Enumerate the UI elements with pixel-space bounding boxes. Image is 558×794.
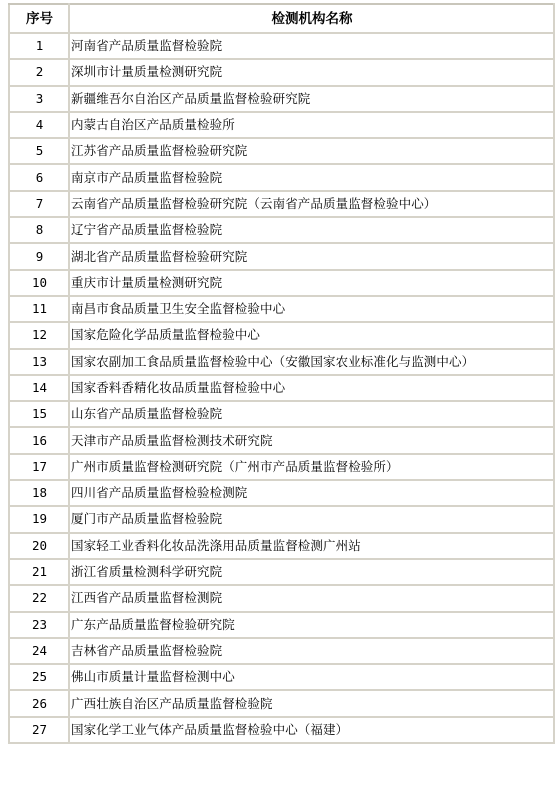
inspection-institutions-table: 序号 检测机构名称 1河南省产品质量监督检验院2深圳市计量质量检测研究院3新疆维… (8, 3, 555, 744)
table-row: 22江西省产品质量监督检测院 (9, 585, 554, 611)
table-row: 6南京市产品质量监督检验院 (9, 164, 554, 190)
table-row: 20国家轻工业香料化妆品洗涤用品质量监督检测广州站 (9, 533, 554, 559)
table-row: 16天津市产品质量监督检测技术研究院 (9, 427, 554, 453)
institution-name: 辽宁省产品质量监督检验院 (69, 217, 554, 243)
institution-name: 广东产品质量监督检验研究院 (69, 612, 554, 638)
row-index: 19 (9, 506, 69, 532)
table-row: 21浙江省质量检测科学研究院 (9, 559, 554, 585)
column-header-name: 检测机构名称 (69, 4, 554, 33)
institution-name: 江苏省产品质量监督检验研究院 (69, 138, 554, 164)
row-index: 21 (9, 559, 69, 585)
institution-name: 国家危险化学品质量监督检验中心 (69, 322, 554, 348)
row-index: 11 (9, 296, 69, 322)
row-index: 6 (9, 164, 69, 190)
table-row: 15山东省产品质量监督检验院 (9, 401, 554, 427)
institution-name: 佛山市质量计量监督检测中心 (69, 664, 554, 690)
institution-name: 国家化学工业气体产品质量监督检验中心（福建） (69, 717, 554, 743)
table-row: 14国家香料香精化妆品质量监督检验中心 (9, 375, 554, 401)
institution-name: 重庆市计量质量检测研究院 (69, 270, 554, 296)
institution-name: 厦门市产品质量监督检验院 (69, 506, 554, 532)
row-index: 23 (9, 612, 69, 638)
row-index: 27 (9, 717, 69, 743)
table-row: 27国家化学工业气体产品质量监督检验中心（福建） (9, 717, 554, 743)
row-index: 15 (9, 401, 69, 427)
row-index: 26 (9, 690, 69, 716)
row-index: 10 (9, 270, 69, 296)
institution-name: 山东省产品质量监督检验院 (69, 401, 554, 427)
institution-name: 云南省产品质量监督检验研究院（云南省产品质量监督检验中心） (69, 191, 554, 217)
row-index: 9 (9, 243, 69, 269)
row-index: 2 (9, 59, 69, 85)
table-row: 17广州市质量监督检测研究院（广州市产品质量监督检验所） (9, 454, 554, 480)
institution-name: 河南省产品质量监督检验院 (69, 33, 554, 59)
row-index: 14 (9, 375, 69, 401)
table-row: 12国家危险化学品质量监督检验中心 (9, 322, 554, 348)
table-row: 7云南省产品质量监督检验研究院（云南省产品质量监督检验中心） (9, 191, 554, 217)
institution-name: 国家农副加工食品质量监督检验中心（安徽国家农业标准化与监测中心） (69, 349, 554, 375)
institution-name: 深圳市计量质量检测研究院 (69, 59, 554, 85)
table-row: 10重庆市计量质量检测研究院 (9, 270, 554, 296)
institution-name: 江西省产品质量监督检测院 (69, 585, 554, 611)
row-index: 17 (9, 454, 69, 480)
institution-name: 新疆维吾尔自治区产品质量监督检验研究院 (69, 86, 554, 112)
column-header-index: 序号 (9, 4, 69, 33)
table-row: 13国家农副加工食品质量监督检验中心（安徽国家农业标准化与监测中心） (9, 349, 554, 375)
table-body: 1河南省产品质量监督检验院2深圳市计量质量检测研究院3新疆维吾尔自治区产品质量监… (9, 33, 554, 743)
table-row: 25佛山市质量计量监督检测中心 (9, 664, 554, 690)
table-row: 26广西壮族自治区产品质量监督检验院 (9, 690, 554, 716)
row-index: 24 (9, 638, 69, 664)
institution-name: 广州市质量监督检测研究院（广州市产品质量监督检验所） (69, 454, 554, 480)
table-row: 24吉林省产品质量监督检验院 (9, 638, 554, 664)
row-index: 16 (9, 427, 69, 453)
institution-name: 南昌市食品质量卫生安全监督检验中心 (69, 296, 554, 322)
row-index: 5 (9, 138, 69, 164)
institution-name: 国家轻工业香料化妆品洗涤用品质量监督检测广州站 (69, 533, 554, 559)
institution-name: 四川省产品质量监督检验检测院 (69, 480, 554, 506)
row-index: 4 (9, 112, 69, 138)
row-index: 1 (9, 33, 69, 59)
institution-name: 吉林省产品质量监督检验院 (69, 638, 554, 664)
row-index: 18 (9, 480, 69, 506)
institution-name: 南京市产品质量监督检验院 (69, 164, 554, 190)
institution-name: 广西壮族自治区产品质量监督检验院 (69, 690, 554, 716)
institution-name: 天津市产品质量监督检测技术研究院 (69, 427, 554, 453)
table-row: 23广东产品质量监督检验研究院 (9, 612, 554, 638)
row-index: 12 (9, 322, 69, 348)
institution-name: 浙江省质量检测科学研究院 (69, 559, 554, 585)
header-row: 序号 检测机构名称 (9, 4, 554, 33)
table-row: 9湖北省产品质量监督检验研究院 (9, 243, 554, 269)
row-index: 22 (9, 585, 69, 611)
table-row: 4内蒙古自治区产品质量检验所 (9, 112, 554, 138)
table-row: 2深圳市计量质量检测研究院 (9, 59, 554, 85)
row-index: 20 (9, 533, 69, 559)
institution-name: 内蒙古自治区产品质量检验所 (69, 112, 554, 138)
table-row: 5江苏省产品质量监督检验研究院 (9, 138, 554, 164)
table-row: 19厦门市产品质量监督检验院 (9, 506, 554, 532)
table-row: 8辽宁省产品质量监督检验院 (9, 217, 554, 243)
institution-name: 国家香料香精化妆品质量监督检验中心 (69, 375, 554, 401)
table-row: 1河南省产品质量监督检验院 (9, 33, 554, 59)
table-row: 11南昌市食品质量卫生安全监督检验中心 (9, 296, 554, 322)
institution-name: 湖北省产品质量监督检验研究院 (69, 243, 554, 269)
table-row: 18四川省产品质量监督检验检测院 (9, 480, 554, 506)
row-index: 3 (9, 86, 69, 112)
table-row: 3新疆维吾尔自治区产品质量监督检验研究院 (9, 86, 554, 112)
row-index: 13 (9, 349, 69, 375)
row-index: 7 (9, 191, 69, 217)
row-index: 8 (9, 217, 69, 243)
row-index: 25 (9, 664, 69, 690)
